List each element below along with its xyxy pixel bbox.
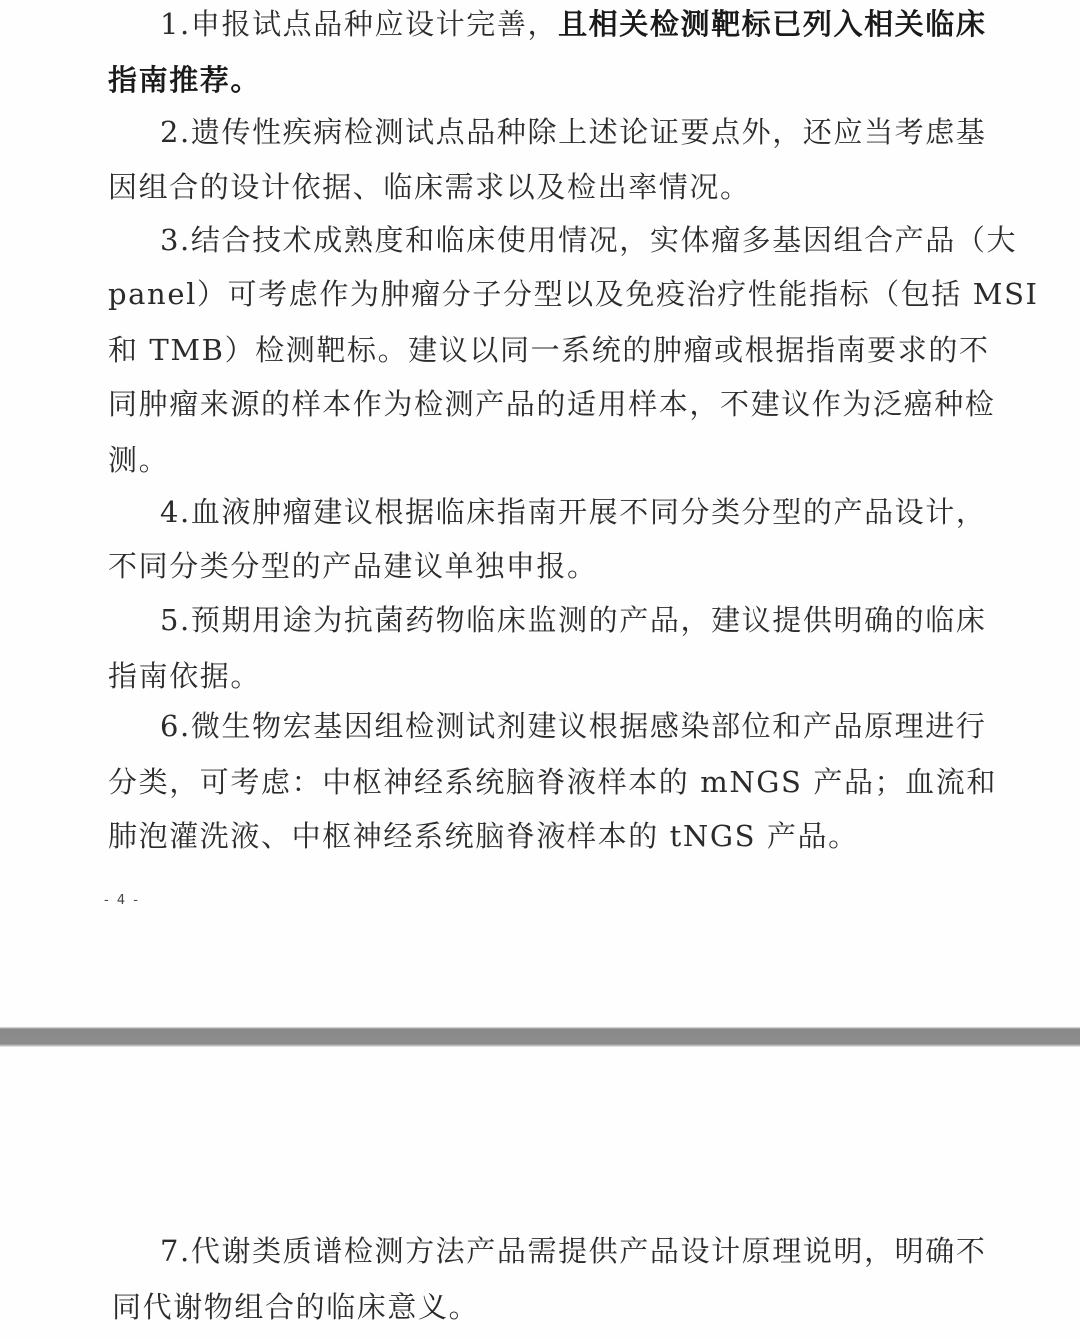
item-1-line-1: 1.申报试点品种应设计完善，且相关检测靶标已列入相关临床 bbox=[160, 4, 960, 44]
item-2-line-1: 2.遗传性疾病检测试点品种除上述论证要点外，还应当考虑基 bbox=[160, 112, 960, 152]
item-1-normal-text: 1.申报试点品种应设计完善， bbox=[160, 7, 558, 41]
item-3-line-4: 同肿瘤来源的样本作为检测产品的适用样本，不建议作为泛癌种检 bbox=[108, 384, 958, 424]
item-4-line-2: 不同分类分型的产品建议单独申报。 bbox=[108, 546, 958, 586]
document-page-4: 1.申报试点品种应设计完善，且相关检测靶标已列入相关临床 指南推荐。 2.遗传性… bbox=[0, 0, 1080, 1027]
item-5-line-1: 5.预期用途为抗菌药物临床监测的产品，建议提供明确的临床 bbox=[160, 600, 960, 640]
item-7-line-1: 7.代谢类质谱检测方法产品需提供产品设计原理说明，明确不 bbox=[160, 1231, 960, 1271]
item-6-line-1: 6.微生物宏基因组检测试剂建议根据感染部位和产品原理进行 bbox=[160, 706, 960, 746]
item-7-line-2: 同代谢物组合的临床意义。 bbox=[112, 1287, 962, 1327]
item-6-line-2: 分类，可考虑：中枢神经系统脑脊液样本的 mNGS 产品；血流和 bbox=[108, 762, 958, 802]
item-1-line-2: 指南推荐。 bbox=[108, 60, 958, 100]
page-separator bbox=[0, 1027, 1080, 1047]
item-5-line-2: 指南依据。 bbox=[108, 656, 958, 696]
item-3-line-3: 和 TMB）检测靶标。建议以同一系统的肿瘤或根据指南要求的不 bbox=[108, 330, 958, 370]
page-number: - 4 - bbox=[104, 893, 140, 908]
item-4-line-1: 4.血液肿瘤建议根据临床指南开展不同分类分型的产品设计， bbox=[160, 492, 960, 532]
item-6-line-3: 肺泡灌洗液、中枢神经系统脑脊液样本的 tNGS 产品。 bbox=[108, 816, 958, 856]
document-page-5: 7.代谢类质谱检测方法产品需提供产品设计原理说明，明确不 同代谢物组合的临床意义… bbox=[0, 1047, 1080, 1339]
item-2-line-2: 因组合的设计依据、临床需求以及检出率情况。 bbox=[108, 167, 958, 207]
item-3-line-5: 测。 bbox=[108, 440, 958, 480]
item-3-line-1: 3.结合技术成熟度和临床使用情况，实体瘤多基因组合产品（大 bbox=[160, 220, 960, 260]
item-3-line-2: panel）可考虑作为肿瘤分子分型以及免疫治疗性能指标（包括 MSI bbox=[108, 274, 958, 314]
item-1-bold-text-cont: 指南推荐。 bbox=[108, 63, 261, 97]
item-1-bold-text: 且相关检测靶标已列入相关临床 bbox=[558, 7, 986, 41]
